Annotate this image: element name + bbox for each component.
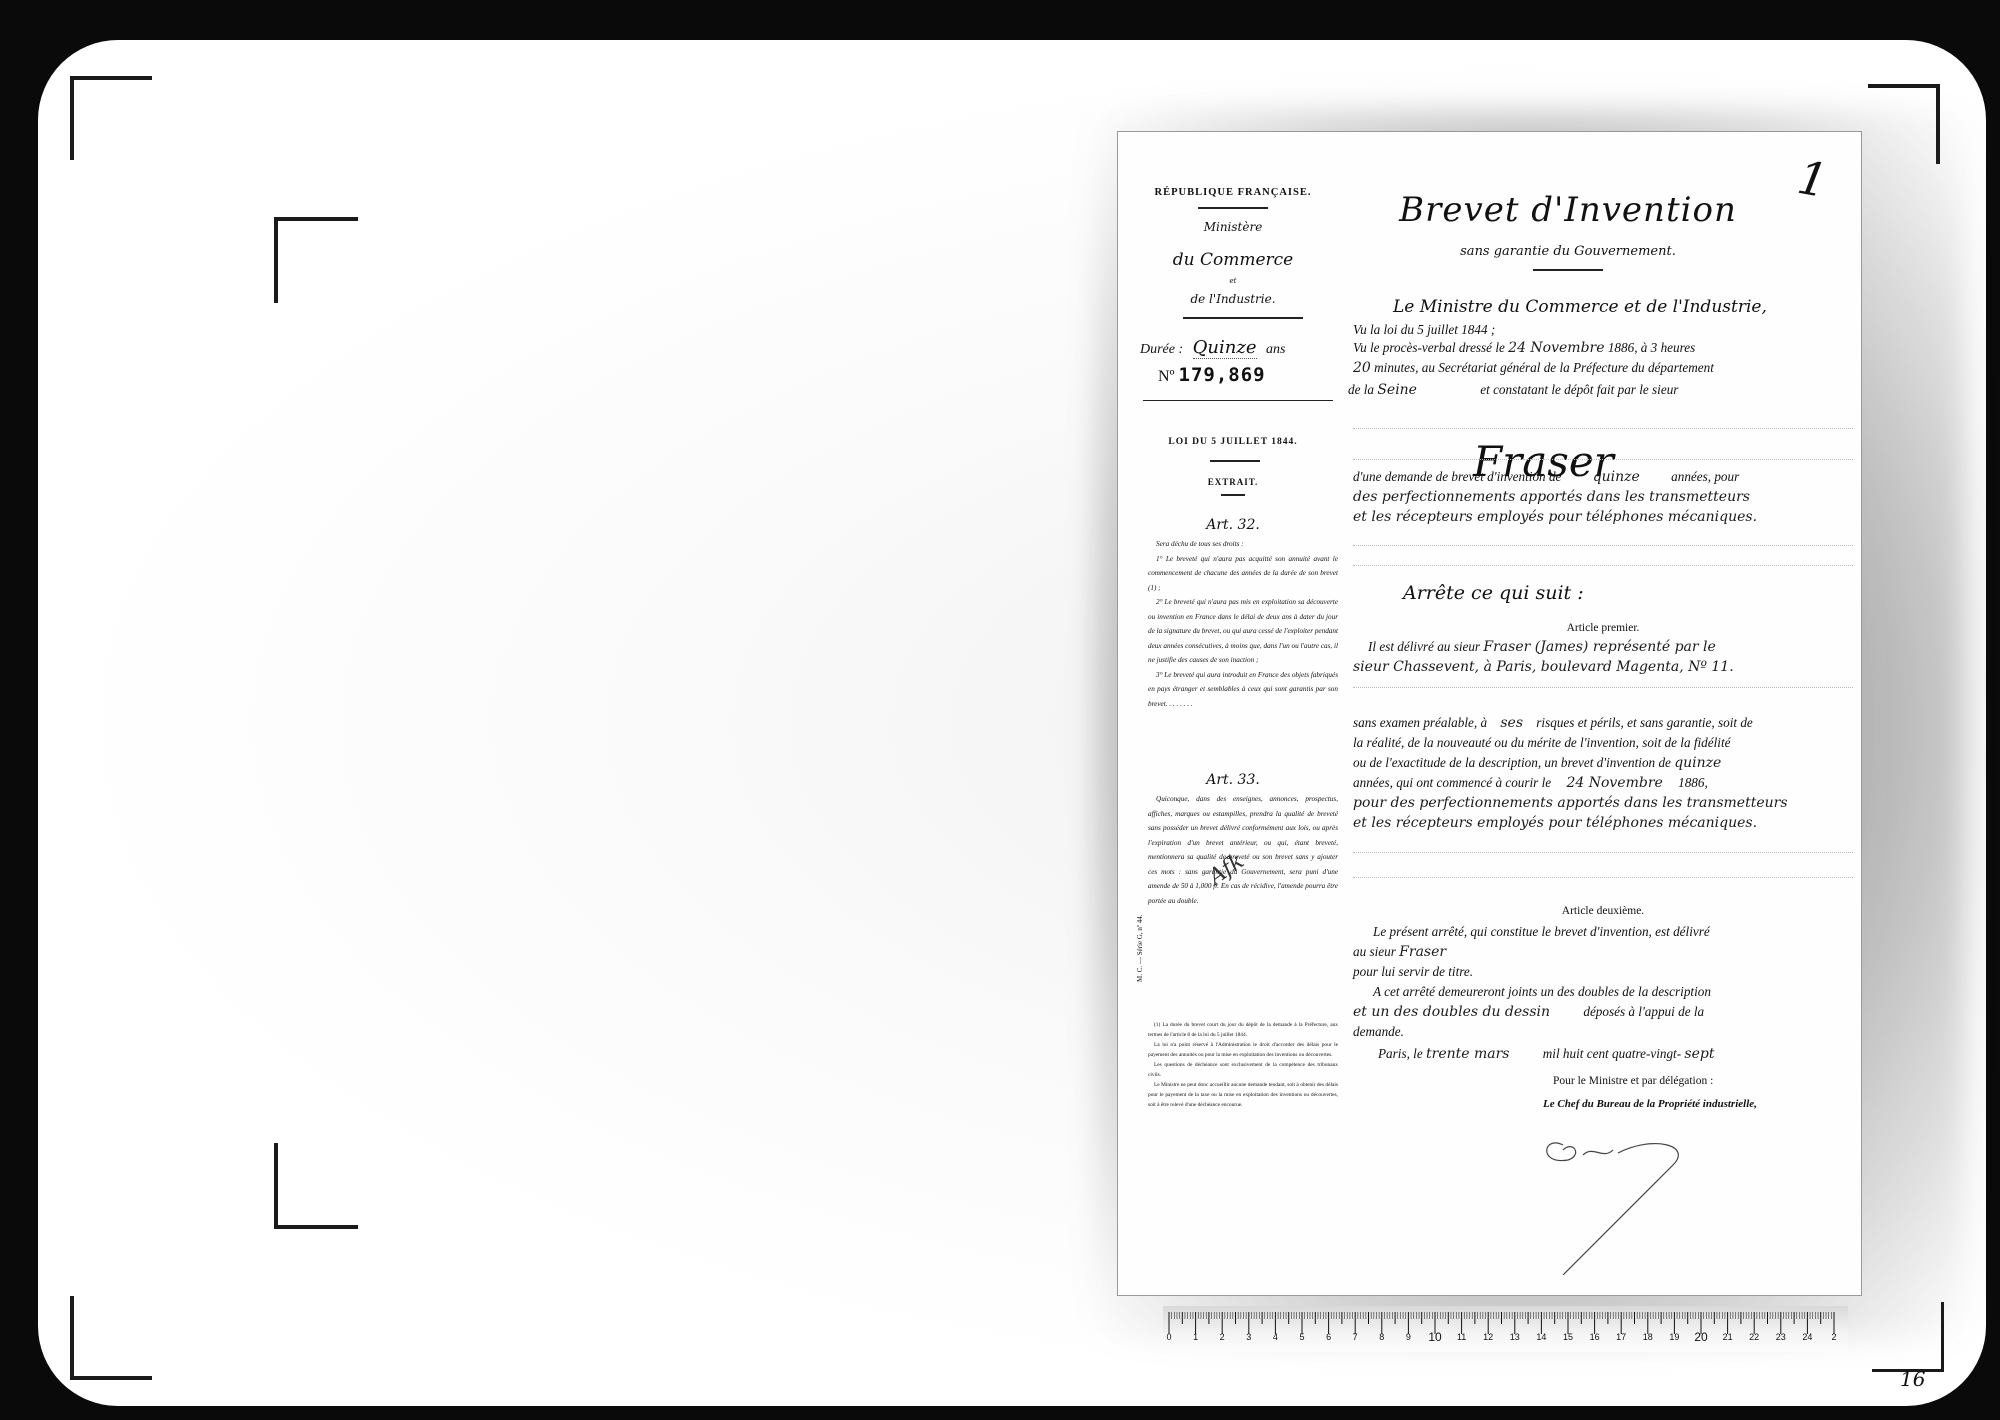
ministry-line-2: du Commerce (1118, 250, 1348, 270)
dotted-rule (1353, 852, 1853, 853)
law-title: LOI DU 5 JUILLET 1844. (1118, 437, 1348, 447)
ruler-label: 24 (1802, 1332, 1812, 1342)
ruler-label: 0 (1166, 1332, 1171, 1342)
footnote-2: La loi n'a point réservé à l'Administrat… (1148, 1040, 1338, 1060)
footnote-3: Les questions de déchéance sont exclusiv… (1148, 1060, 1338, 1080)
dotted-rule (1353, 545, 1853, 546)
ruler-label: 21 (1723, 1332, 1733, 1342)
body4-value: 24 Novembre (1566, 775, 1662, 791)
body3-prefix: ou de l'exactitude de la description, un… (1353, 755, 1671, 770)
measurement-ruler: 0 1 2 3 4 5 6 7 8 9 10 11 12 13 14 15 16… (1163, 1306, 1848, 1352)
dotted-rule (1353, 687, 1853, 688)
body4-prefix: années, qui ont commencé à courir le (1353, 775, 1551, 790)
ruler-label: 17 (1616, 1332, 1626, 1342)
divider (1221, 494, 1245, 496)
body5-text: pour des perfectionnements apportés dans… (1353, 795, 1788, 811)
article-2-text-4: A cet arrêté demeureront joints un des d… (1373, 984, 1711, 999)
ruler-label: 10 (1428, 1330, 1441, 1344)
article-1-representative: sieur Chassevent, à Paris, boulevard Mag… (1353, 659, 1734, 675)
article-1-prefix: Il est délivré au sieur (1368, 639, 1480, 654)
date-prefix: Paris, le (1378, 1046, 1423, 1061)
article-32-item-2: 2° Le breveté qui n'aura pas mis en expl… (1148, 595, 1338, 668)
ruler-label: 5 (1299, 1332, 1304, 1342)
number-value: 179,869 (1179, 364, 1266, 386)
chef-line: Le Chef du Bureau de la Propriété indust… (1543, 1098, 1757, 1110)
minutes-line: 20 minutes, au Secrétariat général de la… (1353, 360, 1848, 376)
proces-verbal-line: Vu le procès-verbal dressé le 24 Novembr… (1353, 340, 1848, 356)
article-2-text-3: pour lui servir de titre. (1353, 964, 1473, 979)
footnote-1: (1) La durée du brevet court du jour du … (1148, 1020, 1338, 1040)
crop-mark-bottom-left (70, 1296, 152, 1380)
ruler-label: 1 (1193, 1332, 1198, 1342)
article-33-heading: Art. 33. (1118, 772, 1348, 788)
article-2-line-5: et un des doubles du dessin déposés à l'… (1353, 1004, 1848, 1020)
delegation-line: Pour le Ministre et par délégation : (1553, 1075, 1713, 1087)
ruler-label: 23 (1776, 1332, 1786, 1342)
article-32-heading: Art. 32. (1118, 517, 1348, 533)
arrete-heading: Arrête ce qui suit : (1403, 582, 1584, 604)
dotted-rule (1353, 877, 1853, 878)
object-line-1: des perfectionnements apportés dans les … (1353, 489, 1848, 505)
article-2-title: Article deuxième. (1353, 905, 1853, 917)
signature (1523, 1125, 1723, 1275)
body2-text: la réalité, de la nouveauté ou du mérite… (1353, 735, 1730, 750)
ruler-label: 18 (1643, 1332, 1653, 1342)
object-text-1: des perfectionnements apportés dans les … (1353, 489, 1750, 505)
dotted-rule (1353, 428, 1853, 429)
article-1-title: Article premier. (1353, 622, 1853, 634)
ruler-label: 12 (1483, 1332, 1493, 1342)
vu-loi-text: Vu la loi du 5 juillet 1844 ; (1353, 322, 1495, 337)
body1-suffix: risques et périls, et sans garantie, soi… (1536, 715, 1753, 730)
article-2-line-6: demande. (1353, 1024, 1848, 1040)
pv-prefix: Vu le procès-verbal dressé le (1353, 340, 1505, 355)
crop-mark-inner-bottom-left (274, 1143, 358, 1229)
object-line-2: et les récepteurs employés pour téléphon… (1353, 509, 1848, 525)
article-1-body-5: pour des perfectionnements apportés dans… (1353, 795, 1848, 811)
duration-field: Durée : Quinze ans (1140, 337, 1285, 358)
pv-year: 1886, à 3 heures (1608, 340, 1695, 355)
date-suffix: sept (1684, 1046, 1714, 1062)
ruler-label: 9 (1406, 1332, 1411, 1342)
extract-label: EXTRAIT. (1118, 477, 1348, 487)
article-32-item-1: 1° Le breveté qui n'aura pas acquitté so… (1148, 552, 1338, 596)
divider (1183, 317, 1303, 319)
demande-suffix: années, pour (1671, 469, 1739, 484)
article-2-attachments: et un des doubles du dessin (1353, 1004, 1550, 1020)
article-2-line-1: Le présent arrêté, qui constitue le brev… (1373, 924, 1868, 940)
article-1-body-2: la réalité, de la nouveauté ou du mérite… (1353, 735, 1848, 751)
body1-value: ses (1500, 715, 1523, 731)
ruler-label: 8 (1379, 1332, 1384, 1342)
demande-prefix: d'une demande de brevet d'invention de (1353, 469, 1561, 484)
minutes-value: 20 (1353, 360, 1371, 376)
article-1-body-6: et les récepteurs employés pour téléphon… (1353, 815, 1848, 831)
demande-duration: quinze (1593, 469, 1640, 485)
ruler-label: 22 (1749, 1332, 1759, 1342)
ruler-labels: 0 1 2 3 4 5 6 7 8 9 10 11 12 13 14 15 16… (1163, 1332, 1848, 1348)
article-1-line-2: sieur Chassevent, à Paris, boulevard Mag… (1353, 659, 1848, 675)
dept-prefix: de la (1348, 382, 1374, 397)
duration-unit: ans (1266, 342, 1285, 357)
article-1-line-1: Il est délivré au sieur Fraser (James) r… (1368, 639, 1863, 655)
ruler-label: 16 (1590, 1332, 1600, 1342)
body1-prefix: sans examen préalable, à (1353, 715, 1487, 730)
article-2-text-5: déposés à l'appui de la (1583, 1004, 1704, 1019)
article-32-intro: Sera déchu de tous ses droits : (1148, 537, 1338, 552)
ruler-label: 13 (1510, 1332, 1520, 1342)
ruler-label: 20 (1694, 1330, 1707, 1344)
crop-mark-top-left (70, 76, 152, 160)
duration-value: Quinze (1193, 337, 1257, 359)
ruler-label: 19 (1669, 1332, 1679, 1342)
department-line: de la Seine et constatant le dépôt fait … (1348, 382, 1843, 398)
body4-year: 1886, (1678, 775, 1708, 790)
right-column: 1 Brevet d'Invention sans garantie du Go… (1353, 132, 1858, 1295)
date-value: trente mars (1426, 1046, 1509, 1062)
footnote-4: Le Ministre ne peut donc accueillir aucu… (1148, 1080, 1338, 1110)
body3-value: quinze (1674, 755, 1721, 771)
duration-label: Durée : (1140, 342, 1183, 357)
ruler-label: 14 (1536, 1332, 1546, 1342)
vu-loi-line: Vu la loi du 5 juillet 1844 ; (1353, 322, 1848, 338)
article-2-text-6: demande. (1353, 1024, 1404, 1039)
ruler-label: 4 (1273, 1332, 1278, 1342)
article-1-body-1: sans examen préalable, à ses risques et … (1353, 715, 1848, 731)
ruler-label: 6 (1326, 1332, 1331, 1342)
left-column: RÉPUBLIQUE FRANÇAISE. Ministère du Comme… (1118, 132, 1348, 1295)
demande-line: d'une demande de brevet d'invention de q… (1353, 469, 1848, 485)
article-2-line-2: au sieur Fraser (1353, 944, 1848, 960)
depot-text: et constatant le dépôt fait par le sieur (1480, 382, 1678, 397)
ruler-ticks (1168, 1312, 1838, 1334)
footnotes: (1) La durée du brevet court du jour du … (1148, 1020, 1338, 1110)
document-subtitle: sans garantie du Gouvernement. (1353, 244, 1783, 259)
date-line: Paris, le trente mars mil huit cent quat… (1378, 1046, 1873, 1062)
dotted-rule (1353, 565, 1853, 566)
number-label: Nº (1158, 368, 1175, 385)
article-2-prefix: au sieur (1353, 944, 1396, 959)
article-1-grantee: Fraser (James) représenté par le (1483, 639, 1715, 655)
article-1-body-3: ou de l'exactitude de la description, un… (1353, 755, 1848, 771)
divider (1198, 207, 1268, 209)
article-2-grantee: Fraser (1399, 944, 1446, 960)
article-32-item-3: 3° Le breveté qui aura introduit en Fran… (1148, 668, 1338, 712)
article-33-text: Quiconque, dans des enseignes, annonces,… (1148, 792, 1338, 908)
crop-mark-inner-top-left (274, 217, 358, 303)
minutes-text: minutes, au Secrétariat général de la Pr… (1374, 360, 1714, 375)
divider (1533, 269, 1603, 271)
article-1-body-4: années, qui ont commencé à courir le 24 … (1353, 775, 1848, 791)
article-32-text: Sera déchu de tous ses droits : 1° Le br… (1148, 537, 1338, 711)
folio-number: 1 (1794, 150, 1832, 208)
ministry-line-1: Ministère (1118, 220, 1348, 234)
ministry-line-4: de l'Industrie. (1118, 292, 1348, 306)
sheet-number: 16 (1900, 1367, 1925, 1391)
dotted-rule (1353, 459, 1853, 460)
article-2-line-4: A cet arrêté demeureront joints un des d… (1373, 984, 1868, 1000)
pv-date: 24 Novembre (1508, 340, 1604, 356)
divider (1210, 460, 1260, 462)
date-middle: mil huit cent quatre-vingt- (1543, 1046, 1681, 1061)
divider (1143, 400, 1333, 401)
body6-text: et les récepteurs employés pour téléphon… (1353, 815, 1757, 831)
ruler-label: 15 (1563, 1332, 1573, 1342)
ruler-label: 2 (1220, 1332, 1225, 1342)
republic-heading: RÉPUBLIQUE FRANÇAISE. (1118, 187, 1348, 198)
ruler-label: 7 (1353, 1332, 1358, 1342)
patent-number: Nº 179,869 (1158, 364, 1266, 386)
ruler-label: 2 (1831, 1332, 1836, 1342)
article-33-body: Quiconque, dans des enseignes, annonces,… (1148, 792, 1338, 908)
patent-document: RÉPUBLIQUE FRANÇAISE. Ministère du Comme… (1117, 131, 1862, 1296)
ruler-label: 11 (1457, 1332, 1466, 1342)
article-2-line-3: pour lui servir de titre. (1353, 964, 1848, 980)
minister-line: Le Ministre du Commerce et de l'Industri… (1393, 297, 1767, 317)
dept-value: Seine (1377, 382, 1417, 398)
object-text-2: et les récepteurs employés pour téléphon… (1353, 509, 1757, 525)
form-code: M. C. — Série G, nº 44. (1136, 914, 1144, 982)
ministry-line-3: et (1118, 277, 1348, 285)
ruler-label: 3 (1246, 1332, 1251, 1342)
document-title: Brevet d'Invention (1353, 190, 1783, 230)
article-2-text-1: Le présent arrêté, qui constitue le brev… (1373, 924, 1710, 939)
